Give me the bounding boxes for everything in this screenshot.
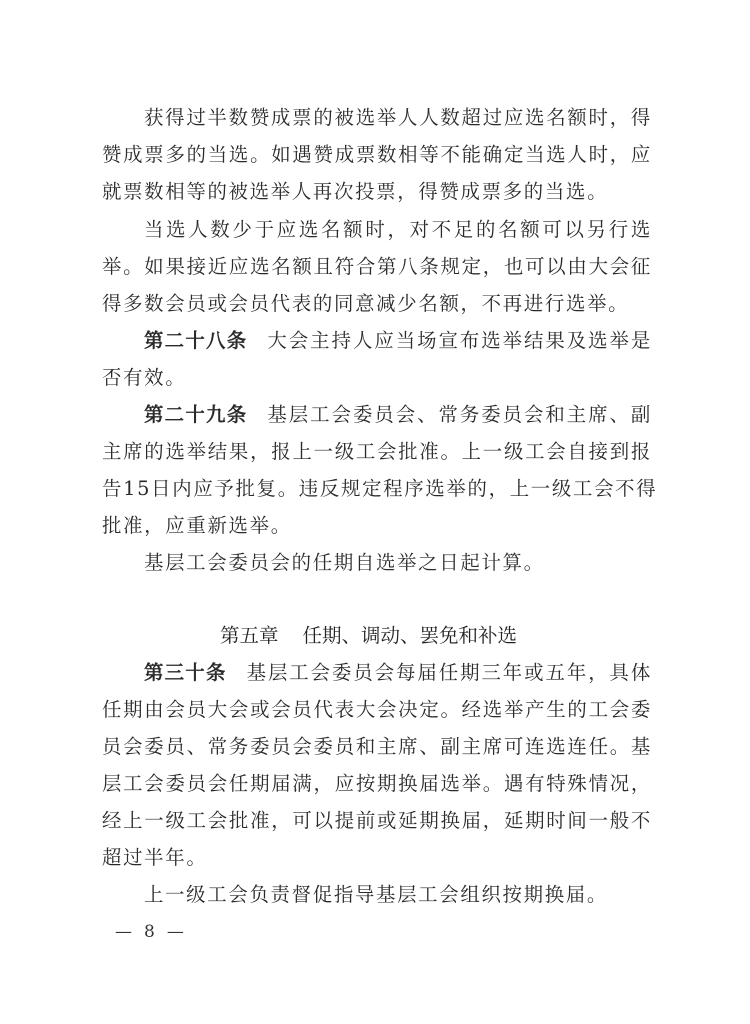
article-heading: 第三十条 bbox=[144, 661, 227, 684]
article-text: 基层工会委员会每届任期三年或五年，具体 bbox=[247, 661, 652, 684]
paragraph-line: 主席的选举结果，报上一级工会批准。上一级工会自接到报 bbox=[102, 437, 652, 467]
chapter-heading: 第五章任期、调动、罢免和补选 bbox=[220, 620, 540, 652]
chapter-number: 第五章 bbox=[220, 624, 279, 647]
article-28-line: 第二十八条大会主持人应当场宣布选举结果及选举是 bbox=[144, 326, 652, 356]
paragraph-line: 获得过半数赞成票的被选举人人数超过应选名额时，得 bbox=[144, 103, 652, 133]
paragraph-line: 基层工会委员会的任期自选举之日起计算。 bbox=[144, 548, 694, 578]
paragraph-line: 举。如果接近应选名额且符合第八条规定，也可以由大会征 bbox=[102, 252, 652, 282]
page-number-dash-left: — bbox=[115, 922, 132, 942]
paragraph-line: 员会委员、常务委员会委员和主席、副主席可连选连任。基 bbox=[102, 732, 652, 762]
paragraph-line: 批准，应重新选举。 bbox=[102, 511, 652, 541]
paragraph-line: 当选人数少于应选名额时，对不足的名额可以另行选 bbox=[144, 215, 652, 245]
article-heading: 第二十九条 bbox=[144, 403, 247, 426]
article-29-line: 第二十九条基层工会委员会、常务委员会和主席、副 bbox=[144, 400, 652, 430]
paragraph-line: 经上一级工会批准，可以提前或延期换届，延期时间一般不 bbox=[102, 806, 652, 836]
paragraph-line: 得多数会员或会员代表的同意减少名额，不再进行选举。 bbox=[102, 289, 652, 319]
page-number-value: 8 bbox=[144, 922, 155, 942]
paragraph-line: 超过半年。 bbox=[102, 843, 652, 873]
document-page: 获得过半数赞成票的被选举人人数超过应选名额时，得 赞成票多的当选。如遇赞成票数相… bbox=[0, 0, 750, 1024]
article-30-line: 第三十条基层工会委员会每届任期三年或五年，具体 bbox=[144, 658, 652, 688]
paragraph-line: 赞成票多的当选。如遇赞成票数相等不能确定当选人时，应 bbox=[102, 140, 652, 170]
article-text: 基层工会委员会、常务委员会和主席、副 bbox=[267, 403, 652, 426]
paragraph-line: 否有效。 bbox=[102, 363, 652, 393]
paragraph-line: 上一级工会负责督促指导基层工会组织按期换届。 bbox=[144, 880, 694, 910]
paragraph-line: 就票数相等的被选举人再次投票，得赞成票多的当选。 bbox=[102, 177, 652, 207]
page-number: —8— bbox=[115, 918, 184, 946]
chapter-title: 任期、调动、罢免和补选 bbox=[303, 624, 518, 647]
paragraph-line: 告15日内应予批复。违反规定程序选举的，上一级工会不得 bbox=[102, 474, 652, 504]
page-number-dash-right: — bbox=[167, 922, 184, 942]
article-heading: 第二十八条 bbox=[144, 329, 247, 352]
paragraph-line: 任期由会员大会或会员代表大会决定。经选举产生的工会委 bbox=[102, 695, 652, 725]
article-text: 大会主持人应当场宣布选举结果及选举是 bbox=[267, 329, 652, 352]
paragraph-line: 层工会委员会任期届满，应按期换届选举。遇有特殊情况， bbox=[102, 769, 652, 799]
